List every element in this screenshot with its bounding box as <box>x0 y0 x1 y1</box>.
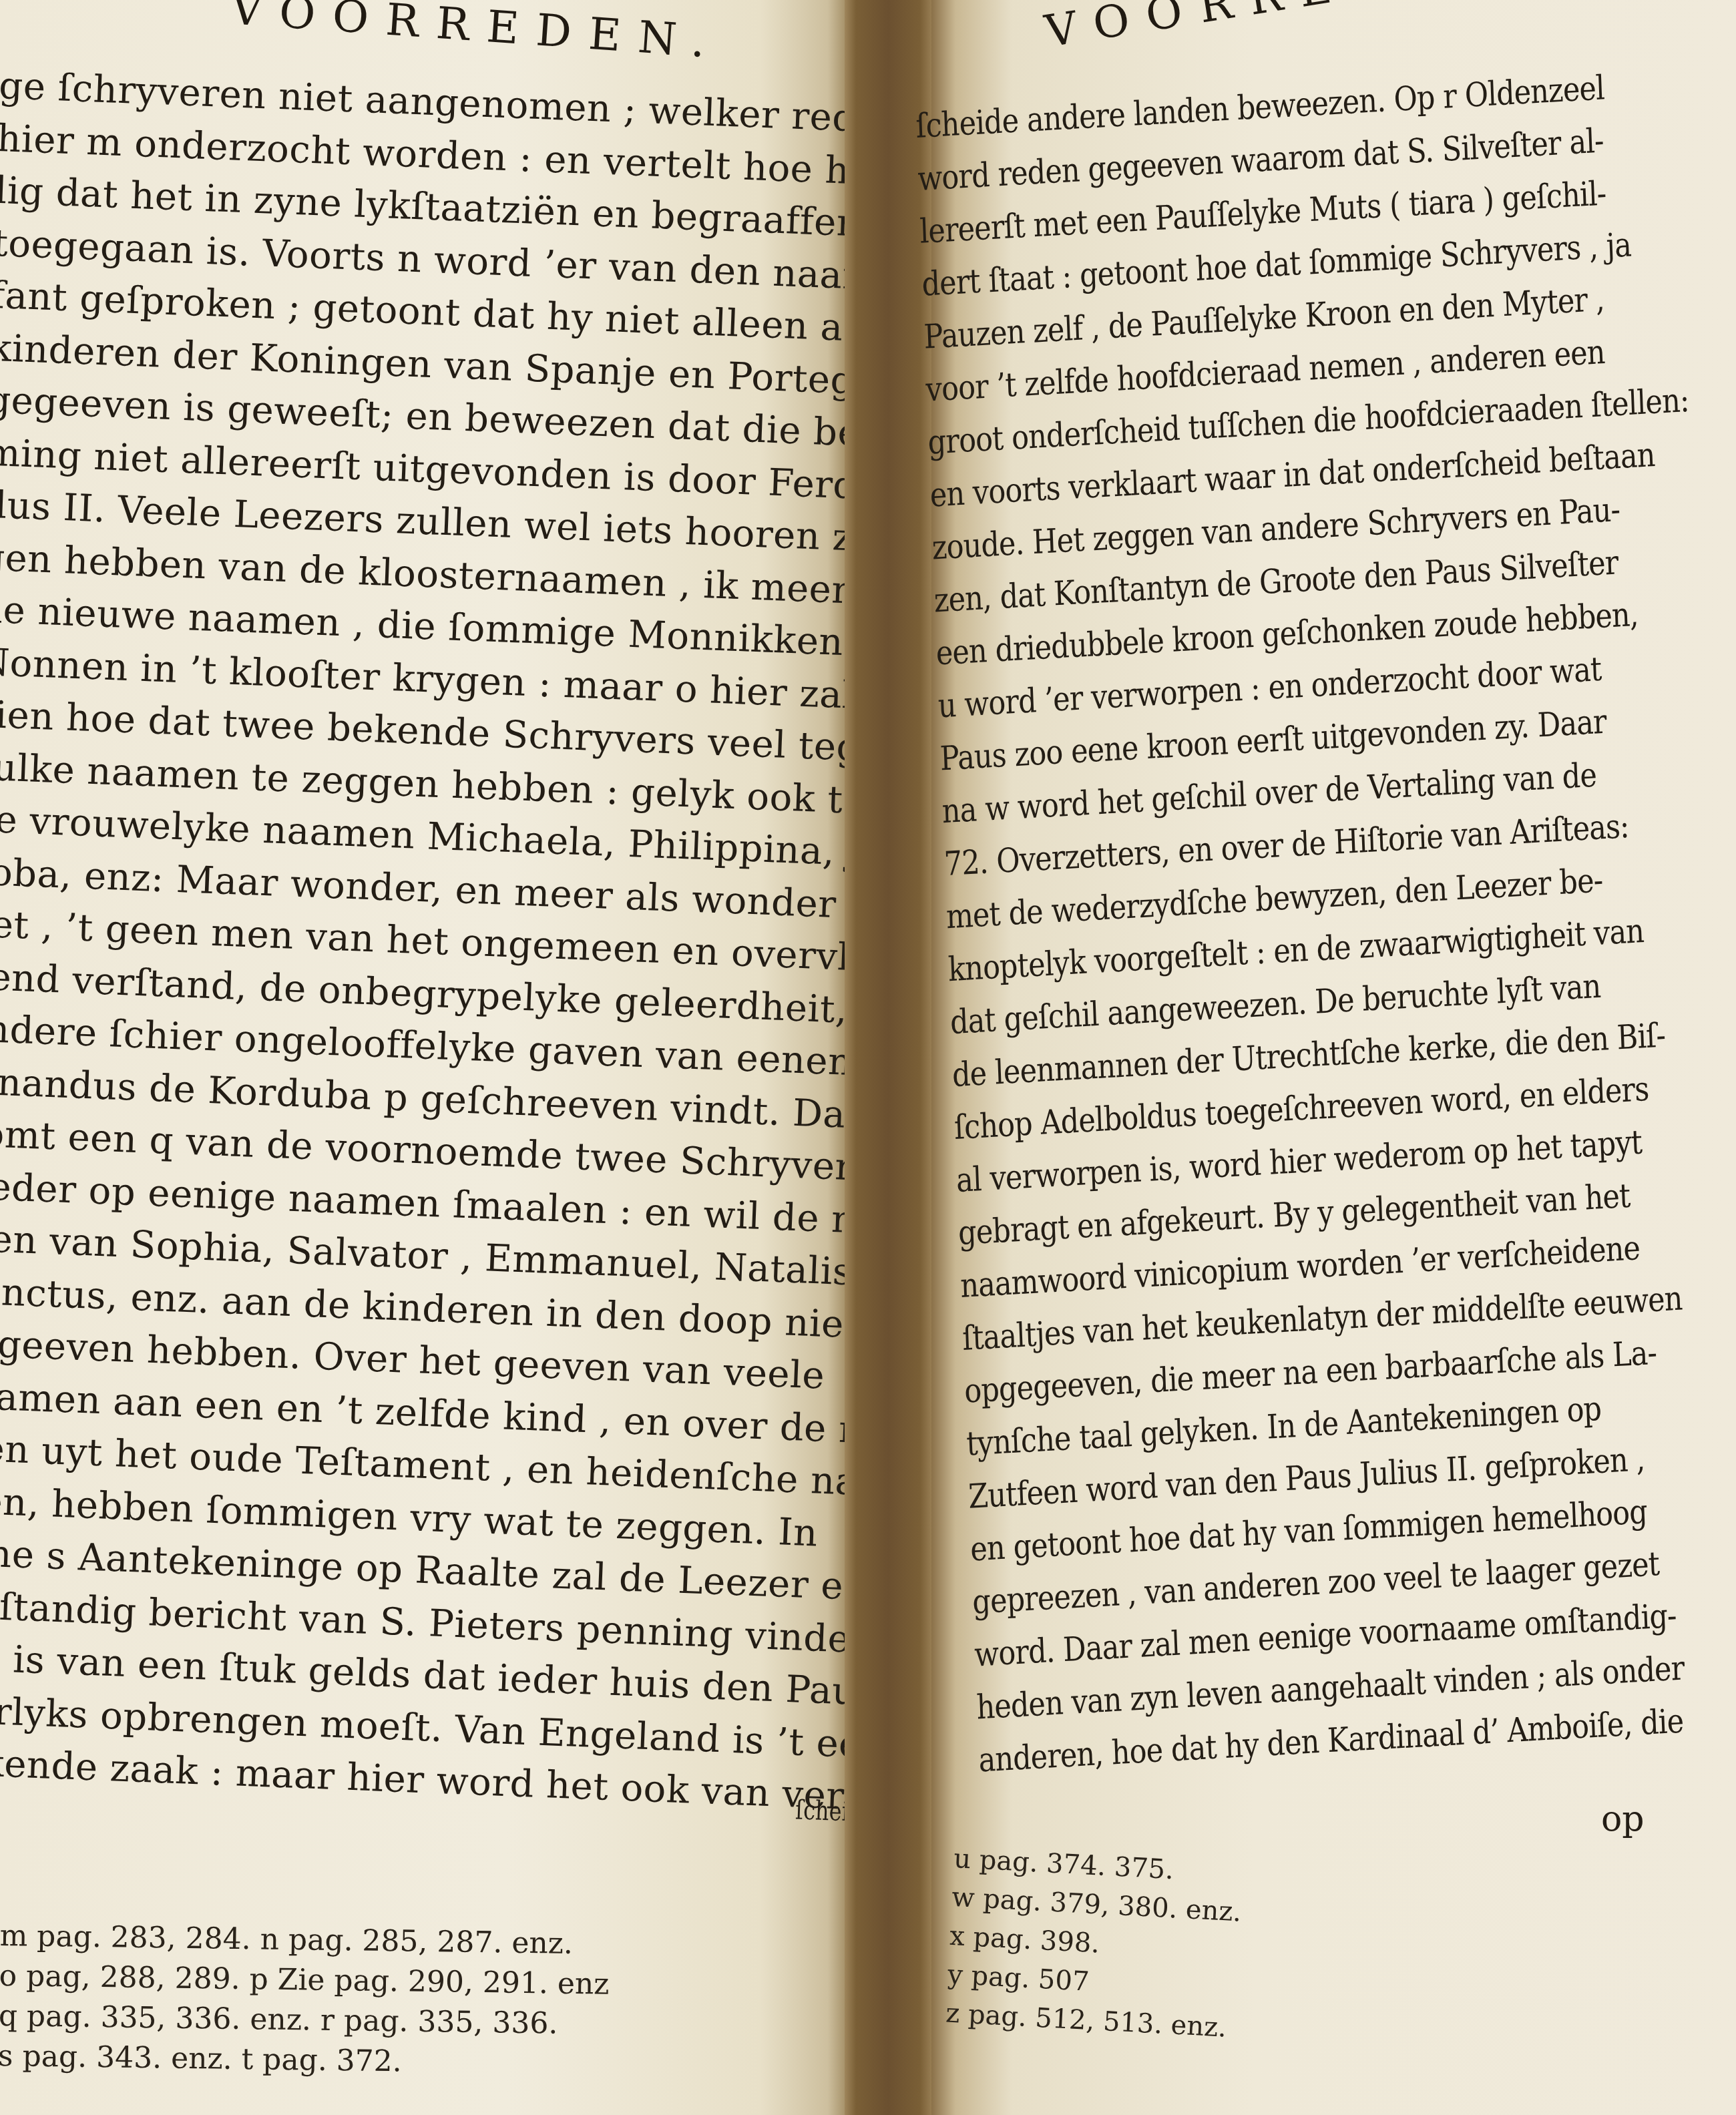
left-page-body: ge ſchryveren niet aangenomen ; welker r… <box>0 60 844 1821</box>
left-page: VOORREDEN. ge ſchryveren niet aangenomen… <box>0 0 845 2115</box>
footnote: s pag. 343. enz. t pag. 372. <box>0 2036 608 2085</box>
right-page-body: ſcheide andere landen beweezen. Op r Old… <box>915 59 1713 1787</box>
left-page-footnotes: m pag. 283, 284. n pag. 285, 287. enz.o … <box>0 1916 610 2085</box>
right-catchword: op <box>1601 1799 1645 1839</box>
right-page-footnotes: u pag. 374. 375.w pag. 379, 380. enz.x p… <box>945 1839 1245 2048</box>
left-running-head: VOORREDEN. <box>229 0 724 69</box>
left-catchword: ſchei- <box>795 1795 845 1827</box>
